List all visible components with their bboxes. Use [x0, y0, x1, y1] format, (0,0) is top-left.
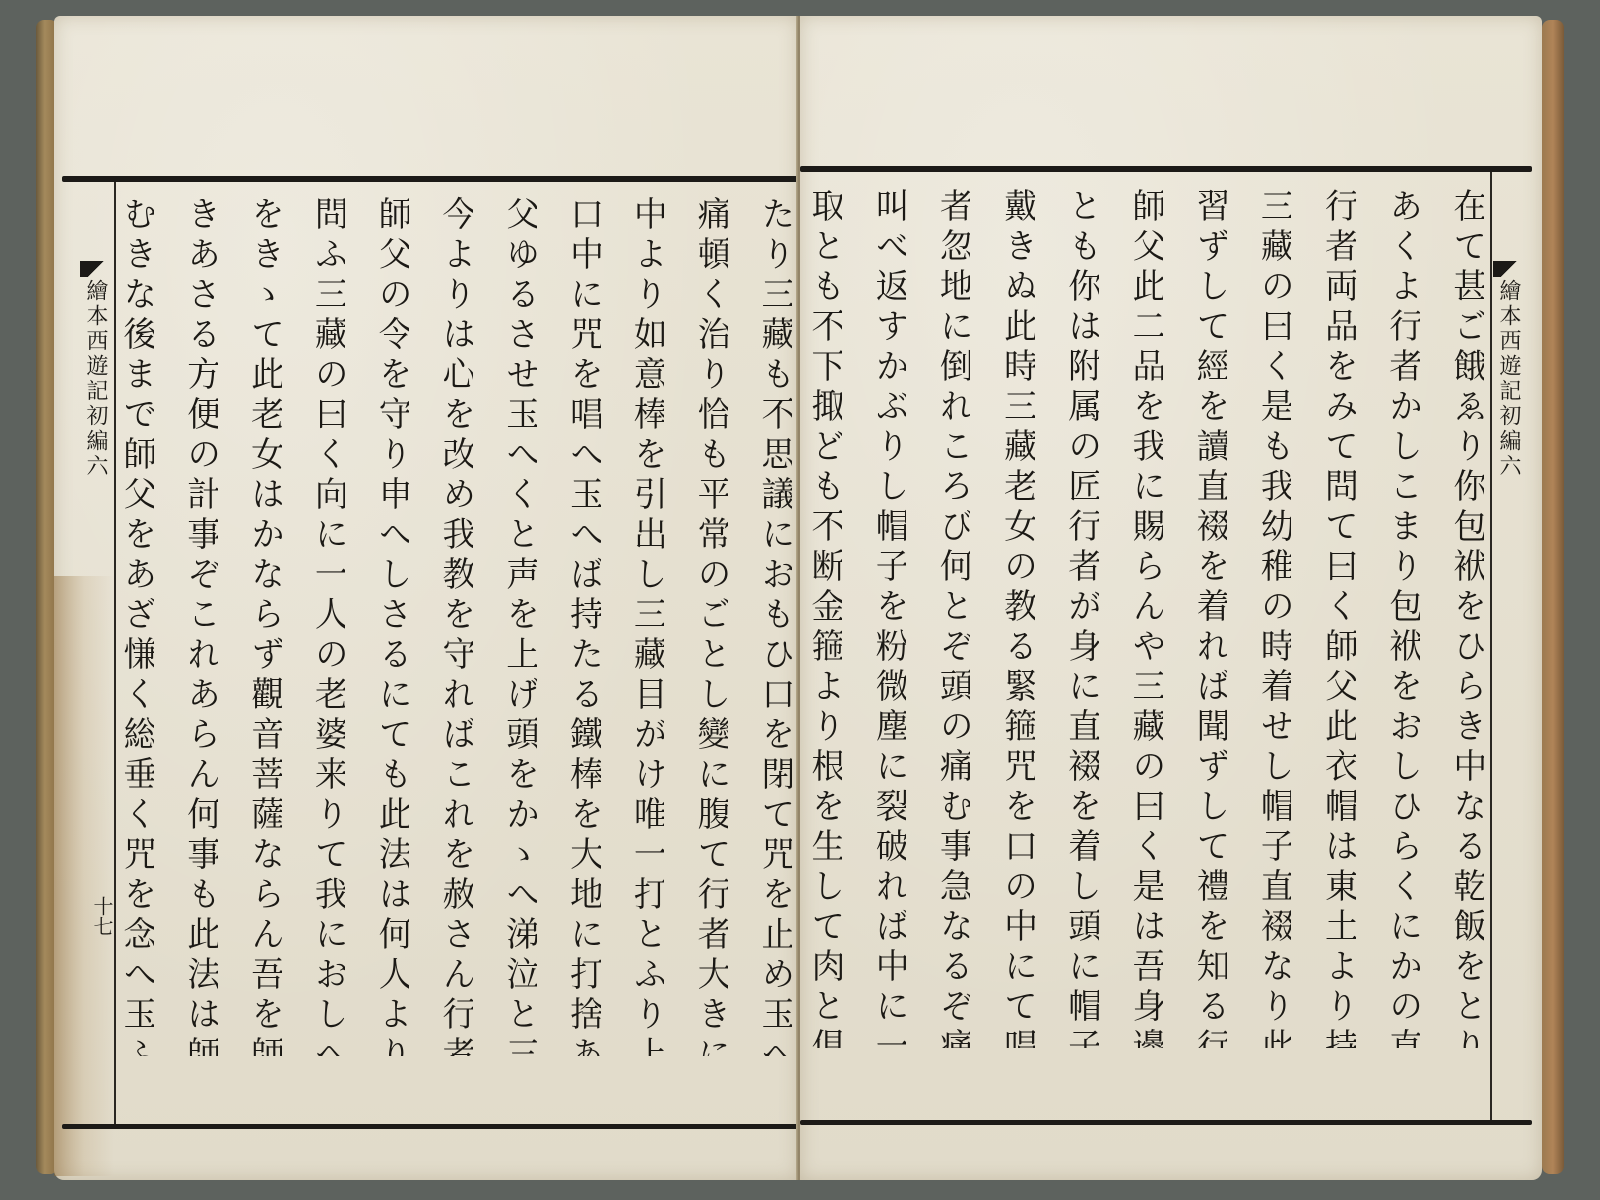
text-column: 取とも不下掫ども不断金箍より根を生して肉と倶に生らなり	[808, 188, 842, 1048]
text-column: 今よりは心を改め我教を守ればこれを赦さん行者の曰く我敢く	[439, 196, 473, 1056]
text-column: きあさる方便の計事ぞこれあらん何事も此法は師父の教をそ	[184, 196, 218, 1056]
text-column: 行者両品をみて問て曰く師父此衣帽は東土より持来り玉へるや	[1322, 188, 1356, 1048]
text-column: 父ゆるさせ玉へくと声を上げ頭をかゝへ涕泣と三藏の曰く你	[503, 196, 537, 1056]
text-column: 痛頓く治り恰も平常のごとし變に腹て行者大きに怒り耳の	[694, 196, 728, 1056]
text-column: 三藏の曰く是も我幼稚の時着せし帽子直裰なり此帽を戴けば	[1257, 188, 1291, 1048]
text-column: たり三藏も不思議におもひ口を閉て咒を止め玉へば行者頭疼	[758, 196, 792, 1056]
text-column: あくよ行者かしこまり包袱をおしひらくにかの直裰と花帽あり	[1386, 188, 1420, 1048]
right-page: 繪本西遊記初編六 在て甚ご餓ゑり你包袱をひらき中なる乾飯をとり出し吾に あくよ行…	[800, 16, 1542, 1180]
bottom-rule	[800, 1120, 1532, 1125]
water-stain	[54, 576, 114, 1176]
top-rule	[800, 166, 1532, 172]
margin-frame-line	[1490, 172, 1492, 1120]
text-column: 習ずして經を讀直裰を着れば聞ずして禮を知る行者の曰く	[1193, 188, 1227, 1048]
text-column: 中より如意棒を引出し三藏目がけ唯一打とふり上れば三藏又	[630, 196, 664, 1056]
text-column: 口中に咒を唱へ玉へば持たる鐵棒を大地に打捨ある痛やく師	[567, 196, 601, 1056]
text-column: 師父の令を守り申へしさるにても此法は何人より授り玉ひし乎	[375, 196, 409, 1056]
text-column: 者忽地に倒れころび何とぞ頭の痛む事急なるぞ痛やくと	[936, 188, 970, 1048]
right-cover-edge	[1542, 20, 1564, 1174]
bottom-rule	[62, 1124, 798, 1129]
text-column: 師父此二品を我に賜らんや三藏の曰く是は吾身邊の寶貝なれ	[1129, 188, 1163, 1048]
text-column: むきな後まで師父をあざ慊く総垂く咒を念へ玉ふべからずとなれ	[120, 196, 154, 1056]
margin-frame-line	[114, 182, 116, 1124]
folio-number: 十七	[88, 896, 117, 936]
text-column: 在て甚ご餓ゑり你包袱をひらき中なる乾飯をとり出し吾に	[1450, 188, 1484, 1048]
text-column: をきゝて此老女はかならず觀音菩薩ならん吾を師父にそむ	[248, 196, 282, 1056]
open-book: 繪本西遊記初編六 十七 たり三藏も不思議におもひ口を閉て咒を止め玉へば行者頭疼 …	[36, 14, 1564, 1180]
right-margin-title: 繪本西遊記初編六	[1493, 261, 1524, 479]
left-margin-title: 繪本西遊記初編六	[80, 261, 111, 479]
right-text-columns: 在て甚ご餓ゑり你包袱をひらき中なる乾飯をとり出し吾に あくよ行者かしこまり包袱を…	[808, 188, 1484, 748]
text-column: とも你は附属の匠行者が身に直裰を着し頭に帽子を	[1065, 188, 1099, 1048]
top-rule	[62, 176, 798, 182]
text-column: 戴きぬ此時三藏老女の教る緊箍咒を口の中にて唱へ玉へば行	[1001, 188, 1035, 1048]
left-text-columns: たり三藏も不思議におもひ口を閉て咒を止め玉へば行者頭疼 痛頓く治り恰も平常のごと…	[120, 196, 792, 756]
text-column: 叫べ返すかぶりし帽子を粉微塵に裂破れば中に一條の金箍ありて	[872, 188, 906, 1048]
left-page: 繪本西遊記初編六 十七 たり三藏も不思議におもひ口を閉て咒を止め玉へば行者頭疼 …	[54, 16, 798, 1180]
text-column: 問ふ三藏の曰く向に一人の老婆来りて我におしへたり行者是	[311, 196, 345, 1056]
